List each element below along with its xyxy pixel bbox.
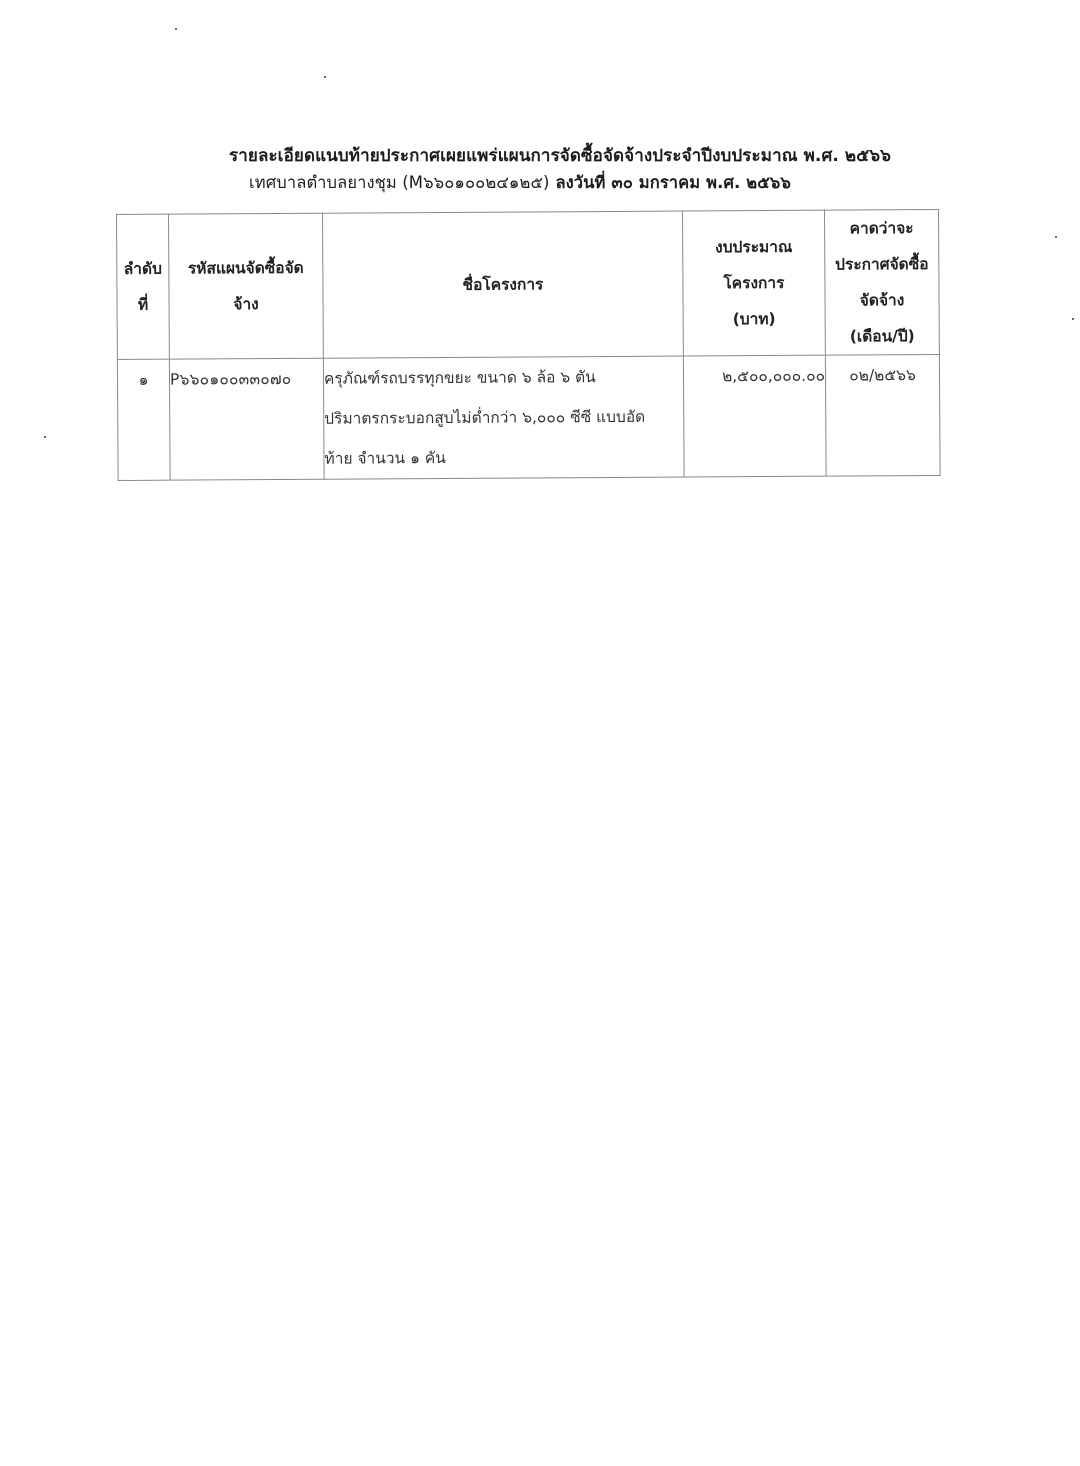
scan-speck xyxy=(1055,236,1057,238)
document-title: รายละเอียดแนบท้ายประกาศเผยแพร่แผนการจัดซ… xyxy=(20,142,1080,169)
table-row: ๑ P๖๖๐๑๐๐๓๓๐๗๐ ครุภัณฑ์รถบรรทุกขยะ ขนาด … xyxy=(117,354,940,480)
project-name-line: ท้าย จำนวน ๑ คัน xyxy=(324,437,683,479)
cell-expected-month: ๐๒/๒๕๖๖ xyxy=(825,354,940,476)
organization-name: เทศบาลตำบลยางชุม (M๖๖๐๑๐๐๒๔๑๒๕) xyxy=(249,173,550,192)
cell-no: ๑ xyxy=(117,359,170,480)
header-expected-month: คาดว่าจะ ประกาศจัดซื้อ จัดจ้าง (เดือน/ปี… xyxy=(824,209,939,355)
header-month-line: จัดจ้าง xyxy=(825,282,938,319)
header-name-line: ชื่อโครงการ xyxy=(323,266,682,304)
header-code-line: จ้าง xyxy=(169,286,322,323)
header-plan-code: รหัสแผนจัดซื้อจัด จ้าง xyxy=(169,213,324,359)
scan-speck xyxy=(44,436,46,438)
header-no-line: ที่ xyxy=(117,287,168,323)
header-budget-line: (บาท) xyxy=(684,301,825,338)
cell-project-name: ครุภัณฑ์รถบรรทุกขยะ ขนาด ๖ ล้อ ๖ ตัน ปริ… xyxy=(323,356,684,479)
announcement-date: ลงวันที่ ๓๐ มกราคม พ.ศ. ๒๕๖๖ xyxy=(555,173,791,192)
scan-speck xyxy=(324,76,326,78)
cell-budget: ๒,๕๐๐,๐๐๐.๐๐ xyxy=(683,355,826,477)
cell-plan-code: P๖๖๐๑๐๐๓๓๐๗๐ xyxy=(169,358,324,480)
procurement-plan-table: ลำดับ ที่ รหัสแผนจัดซื้อจัด จ้าง ชื่อโคร… xyxy=(116,209,941,481)
header-budget: งบประมาณ โครงการ (บาท) xyxy=(682,210,825,356)
document-subtitle: เทศบาลตำบลยางชุม (M๖๖๐๑๐๐๒๔๑๒๕) ลงวันที่… xyxy=(0,170,1060,196)
header-month-line: (เดือน/ปี) xyxy=(826,318,939,355)
header-code-line: รหัสแผนจัดซื้อจัด xyxy=(169,250,322,287)
header-month-line: ประกาศจัดซื้อ xyxy=(825,246,938,283)
header-month-line: คาดว่าจะ xyxy=(825,210,938,247)
scan-speck xyxy=(1072,318,1074,320)
header-budget-line: โครงการ xyxy=(683,265,824,302)
header-no: ลำดับ ที่ xyxy=(117,214,170,359)
header-project-name: ชื่อโครงการ xyxy=(322,211,683,358)
project-name-line: ปริมาตรกระบอกสูบไม่ต่ำกว่า ๖,๐๐๐ ซีซี แบ… xyxy=(324,397,683,439)
header-budget-line: งบประมาณ xyxy=(683,229,824,266)
table-header-row: ลำดับ ที่ รหัสแผนจัดซื้อจัด จ้าง ชื่อโคร… xyxy=(117,209,940,359)
header-no-line: ลำดับ xyxy=(117,251,168,287)
project-name-line: ครุภัณฑ์รถบรรทุกขยะ ขนาด ๖ ล้อ ๖ ตัน xyxy=(324,357,683,399)
scan-speck xyxy=(175,28,177,30)
